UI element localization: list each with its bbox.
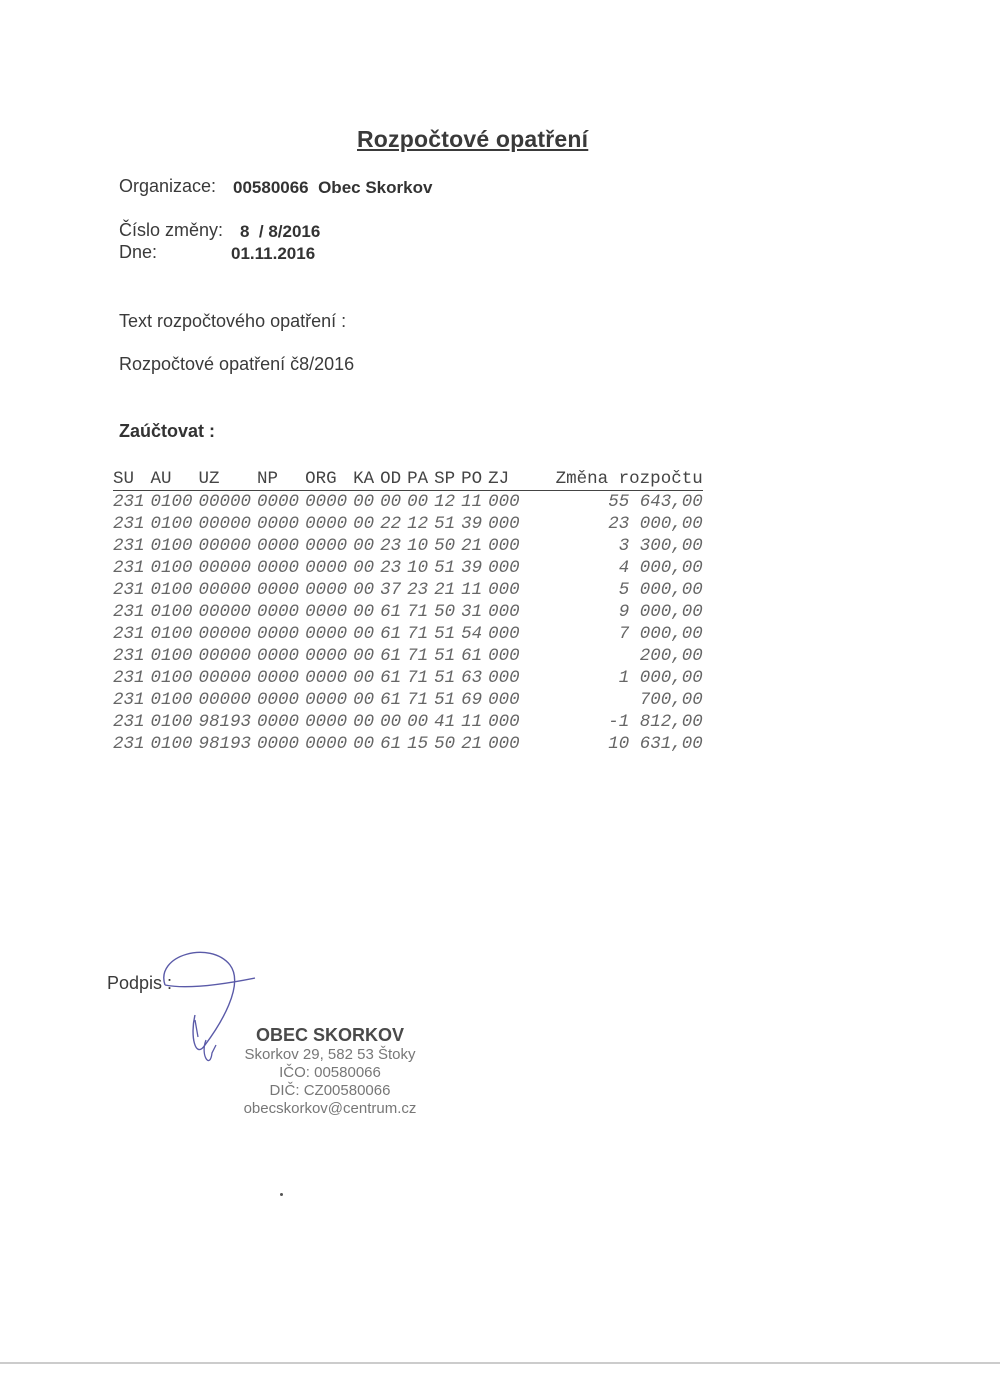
official-stamp: OBEC SKORKOV Skorkov 29, 582 53 Štoky IČ… xyxy=(230,1025,430,1118)
code-cell: 000 xyxy=(488,557,526,579)
code-cell: 231 xyxy=(113,601,151,623)
table-row: 2310100000000000000000231051390004 000,0… xyxy=(113,557,703,579)
column-header: KA xyxy=(353,468,380,491)
code-cell: 11 xyxy=(461,579,488,601)
code-cell: 000 xyxy=(488,689,526,711)
code-cell: 37 xyxy=(380,579,407,601)
code-cell: 00000 xyxy=(199,645,258,667)
code-cell: 00 xyxy=(407,491,434,514)
zauctovat-label: Zaúčtovat : xyxy=(119,421,215,442)
dne-label: Dne: xyxy=(119,242,157,263)
code-cell: 00 xyxy=(353,733,380,755)
table-row: 231010098193000000000000004111000-1 812,… xyxy=(113,711,703,733)
cislo-zmeny-value: 8 / 8/2016 xyxy=(240,222,320,242)
code-cell: 0000 xyxy=(257,535,305,557)
stamp-name: OBEC SKORKOV xyxy=(230,1025,430,1046)
table-row: 23101000000000000000000000121100055 643,… xyxy=(113,491,703,514)
amount-cell: 55 643,00 xyxy=(526,491,703,514)
code-cell: 10 xyxy=(407,535,434,557)
column-header: SU xyxy=(113,468,151,491)
code-cell: 00 xyxy=(407,711,434,733)
code-cell: 41 xyxy=(434,711,461,733)
amount-cell: 700,00 xyxy=(526,689,703,711)
scan-speck xyxy=(280,1193,283,1196)
code-cell: 61 xyxy=(380,689,407,711)
code-cell: 00 xyxy=(380,491,407,514)
code-cell: 0000 xyxy=(257,645,305,667)
code-cell: 00 xyxy=(353,557,380,579)
code-cell: 00000 xyxy=(199,491,258,514)
code-cell: 63 xyxy=(461,667,488,689)
code-cell: 00000 xyxy=(199,557,258,579)
code-cell: 0100 xyxy=(151,689,199,711)
code-cell: 0000 xyxy=(257,491,305,514)
code-cell: 61 xyxy=(380,733,407,755)
table-row: 23101000000000000000002212513900023 000,… xyxy=(113,513,703,535)
dne-value: 01.11.2016 xyxy=(231,244,315,264)
code-cell: 54 xyxy=(461,623,488,645)
code-cell: 0100 xyxy=(151,711,199,733)
code-cell: 00000 xyxy=(199,667,258,689)
code-cell: 000 xyxy=(488,711,526,733)
code-cell: 0000 xyxy=(305,711,353,733)
code-cell: 61 xyxy=(461,645,488,667)
column-header: ZJ xyxy=(488,468,526,491)
code-cell: 50 xyxy=(434,733,461,755)
code-cell: 231 xyxy=(113,689,151,711)
code-cell: 231 xyxy=(113,733,151,755)
code-cell: 000 xyxy=(488,491,526,514)
code-cell: 61 xyxy=(380,667,407,689)
code-cell: 0000 xyxy=(305,623,353,645)
code-cell: 71 xyxy=(407,645,434,667)
code-cell: 22 xyxy=(380,513,407,535)
column-header: NP xyxy=(257,468,305,491)
code-cell: 0100 xyxy=(151,557,199,579)
table-row: 2310100000000000000000372321110005 000,0… xyxy=(113,579,703,601)
code-cell: 0000 xyxy=(257,733,305,755)
column-header: Změna rozpočtu xyxy=(526,468,703,491)
code-cell: 11 xyxy=(461,711,488,733)
code-cell: 31 xyxy=(461,601,488,623)
code-cell: 000 xyxy=(488,601,526,623)
code-cell: 98193 xyxy=(199,733,258,755)
code-cell: 0000 xyxy=(305,689,353,711)
table-row: 2310100000000000000000617150310009 000,0… xyxy=(113,601,703,623)
amount-cell: 7 000,00 xyxy=(526,623,703,645)
code-cell: 0000 xyxy=(257,513,305,535)
code-cell: 00 xyxy=(353,513,380,535)
code-cell: 0100 xyxy=(151,667,199,689)
code-cell: 50 xyxy=(434,601,461,623)
table-row: 23101009819300000000006115502100010 631,… xyxy=(113,733,703,755)
code-cell: 15 xyxy=(407,733,434,755)
code-cell: 231 xyxy=(113,623,151,645)
table-header: SUAUUZNPORGKAODPASPPOZJZměna rozpočtu xyxy=(113,468,703,491)
code-cell: 0000 xyxy=(257,557,305,579)
amount-cell: 3 300,00 xyxy=(526,535,703,557)
code-cell: 71 xyxy=(407,623,434,645)
code-cell: 231 xyxy=(113,711,151,733)
code-cell: 0000 xyxy=(257,623,305,645)
code-cell: 000 xyxy=(488,733,526,755)
code-cell: 000 xyxy=(488,513,526,535)
table-row: 2310100000000000000000617151540007 000,0… xyxy=(113,623,703,645)
code-cell: 51 xyxy=(434,645,461,667)
code-cell: 000 xyxy=(488,623,526,645)
code-cell: 0000 xyxy=(257,601,305,623)
code-cell: 0000 xyxy=(257,667,305,689)
column-header: SP xyxy=(434,468,461,491)
table-row: 231010000000000000000061715169000700,00 xyxy=(113,689,703,711)
code-cell: 0000 xyxy=(305,513,353,535)
code-cell: 231 xyxy=(113,667,151,689)
code-cell: 0100 xyxy=(151,579,199,601)
stamp-dic: DIČ: CZ00580066 xyxy=(230,1082,430,1100)
amount-cell: 10 631,00 xyxy=(526,733,703,755)
code-cell: 10 xyxy=(407,557,434,579)
document-title: Rozpočtové opatření xyxy=(357,126,588,153)
amount-cell: 23 000,00 xyxy=(526,513,703,535)
code-cell: 98193 xyxy=(199,711,258,733)
code-cell: 39 xyxy=(461,513,488,535)
code-cell: 00000 xyxy=(199,601,258,623)
code-cell: 61 xyxy=(380,645,407,667)
code-cell: 00000 xyxy=(199,623,258,645)
code-cell: 51 xyxy=(434,623,461,645)
organizace-label: Organizace: xyxy=(119,176,216,197)
column-header: ORG xyxy=(305,468,353,491)
column-header: OD xyxy=(380,468,407,491)
table-row: 231010000000000000000061715161000200,00 xyxy=(113,645,703,667)
code-cell: 00000 xyxy=(199,689,258,711)
code-cell: 0000 xyxy=(305,491,353,514)
column-header: UZ xyxy=(199,468,258,491)
code-cell: 61 xyxy=(380,623,407,645)
code-cell: 0100 xyxy=(151,645,199,667)
code-cell: 231 xyxy=(113,645,151,667)
code-cell: 00 xyxy=(353,689,380,711)
code-cell: 00 xyxy=(353,711,380,733)
code-cell: 00 xyxy=(353,601,380,623)
code-cell: 39 xyxy=(461,557,488,579)
code-cell: 00 xyxy=(353,645,380,667)
code-cell: 0100 xyxy=(151,733,199,755)
code-cell: 12 xyxy=(407,513,434,535)
amount-cell: 5 000,00 xyxy=(526,579,703,601)
code-cell: 000 xyxy=(488,667,526,689)
code-cell: 71 xyxy=(407,601,434,623)
code-cell: 71 xyxy=(407,689,434,711)
stamp-ico: IČO: 00580066 xyxy=(230,1064,430,1082)
code-cell: 0000 xyxy=(257,711,305,733)
scan-edge-line xyxy=(0,1362,1000,1364)
organizace-value: 00580066 Obec Skorkov xyxy=(233,178,432,198)
code-cell: 0000 xyxy=(305,667,353,689)
code-cell: 00 xyxy=(353,491,380,514)
column-header: AU xyxy=(151,468,199,491)
table-row: 2310100000000000000000617151630001 000,0… xyxy=(113,667,703,689)
code-cell: 00 xyxy=(353,579,380,601)
code-cell: 51 xyxy=(434,667,461,689)
column-header: PO xyxy=(461,468,488,491)
code-cell: 0100 xyxy=(151,491,199,514)
code-cell: 0100 xyxy=(151,623,199,645)
column-header: PA xyxy=(407,468,434,491)
code-cell: 000 xyxy=(488,645,526,667)
text-label: Text rozpočtového opatření : xyxy=(119,311,346,332)
code-cell: 231 xyxy=(113,535,151,557)
text-value: Rozpočtové opatření č8/2016 xyxy=(119,354,354,375)
code-cell: 12 xyxy=(434,491,461,514)
code-cell: 231 xyxy=(113,513,151,535)
amount-cell: 200,00 xyxy=(526,645,703,667)
code-cell: 23 xyxy=(380,557,407,579)
code-cell: 23 xyxy=(407,579,434,601)
code-cell: 00 xyxy=(353,667,380,689)
table-row: 2310100000000000000000231050210003 300,0… xyxy=(113,535,703,557)
code-cell: 51 xyxy=(434,513,461,535)
code-cell: 231 xyxy=(113,579,151,601)
code-cell: 00 xyxy=(380,711,407,733)
code-cell: 0100 xyxy=(151,601,199,623)
cislo-zmeny-label: Číslo změny: xyxy=(119,220,223,241)
amount-cell: -1 812,00 xyxy=(526,711,703,733)
amount-cell: 9 000,00 xyxy=(526,601,703,623)
code-cell: 11 xyxy=(461,491,488,514)
code-cell: 0000 xyxy=(305,535,353,557)
code-cell: 69 xyxy=(461,689,488,711)
code-cell: 21 xyxy=(434,579,461,601)
code-cell: 00 xyxy=(353,535,380,557)
code-cell: 0000 xyxy=(257,689,305,711)
code-cell: 51 xyxy=(434,689,461,711)
code-cell: 0100 xyxy=(151,535,199,557)
code-cell: 0000 xyxy=(257,579,305,601)
code-cell: 00000 xyxy=(199,579,258,601)
code-cell: 000 xyxy=(488,535,526,557)
amount-cell: 4 000,00 xyxy=(526,557,703,579)
code-cell: 0100 xyxy=(151,513,199,535)
code-cell: 000 xyxy=(488,579,526,601)
code-cell: 71 xyxy=(407,667,434,689)
code-cell: 23 xyxy=(380,535,407,557)
code-cell: 0000 xyxy=(305,601,353,623)
code-cell: 0000 xyxy=(305,645,353,667)
stamp-address: Skorkov 29, 582 53 Štoky xyxy=(230,1046,430,1064)
code-cell: 0000 xyxy=(305,579,353,601)
code-cell: 21 xyxy=(461,733,488,755)
code-cell: 231 xyxy=(113,557,151,579)
code-cell: 21 xyxy=(461,535,488,557)
code-cell: 0000 xyxy=(305,733,353,755)
code-cell: 50 xyxy=(434,535,461,557)
code-cell: 61 xyxy=(380,601,407,623)
code-cell: 00000 xyxy=(199,513,258,535)
code-cell: 00000 xyxy=(199,535,258,557)
stamp-email: obecskorkov@centrum.cz xyxy=(230,1100,430,1118)
code-cell: 00 xyxy=(353,623,380,645)
code-cell: 51 xyxy=(434,557,461,579)
amount-cell: 1 000,00 xyxy=(526,667,703,689)
accounting-table: SUAUUZNPORGKAODPASPPOZJZměna rozpočtu 23… xyxy=(113,468,703,755)
code-cell: 231 xyxy=(113,491,151,514)
code-cell: 0000 xyxy=(305,557,353,579)
